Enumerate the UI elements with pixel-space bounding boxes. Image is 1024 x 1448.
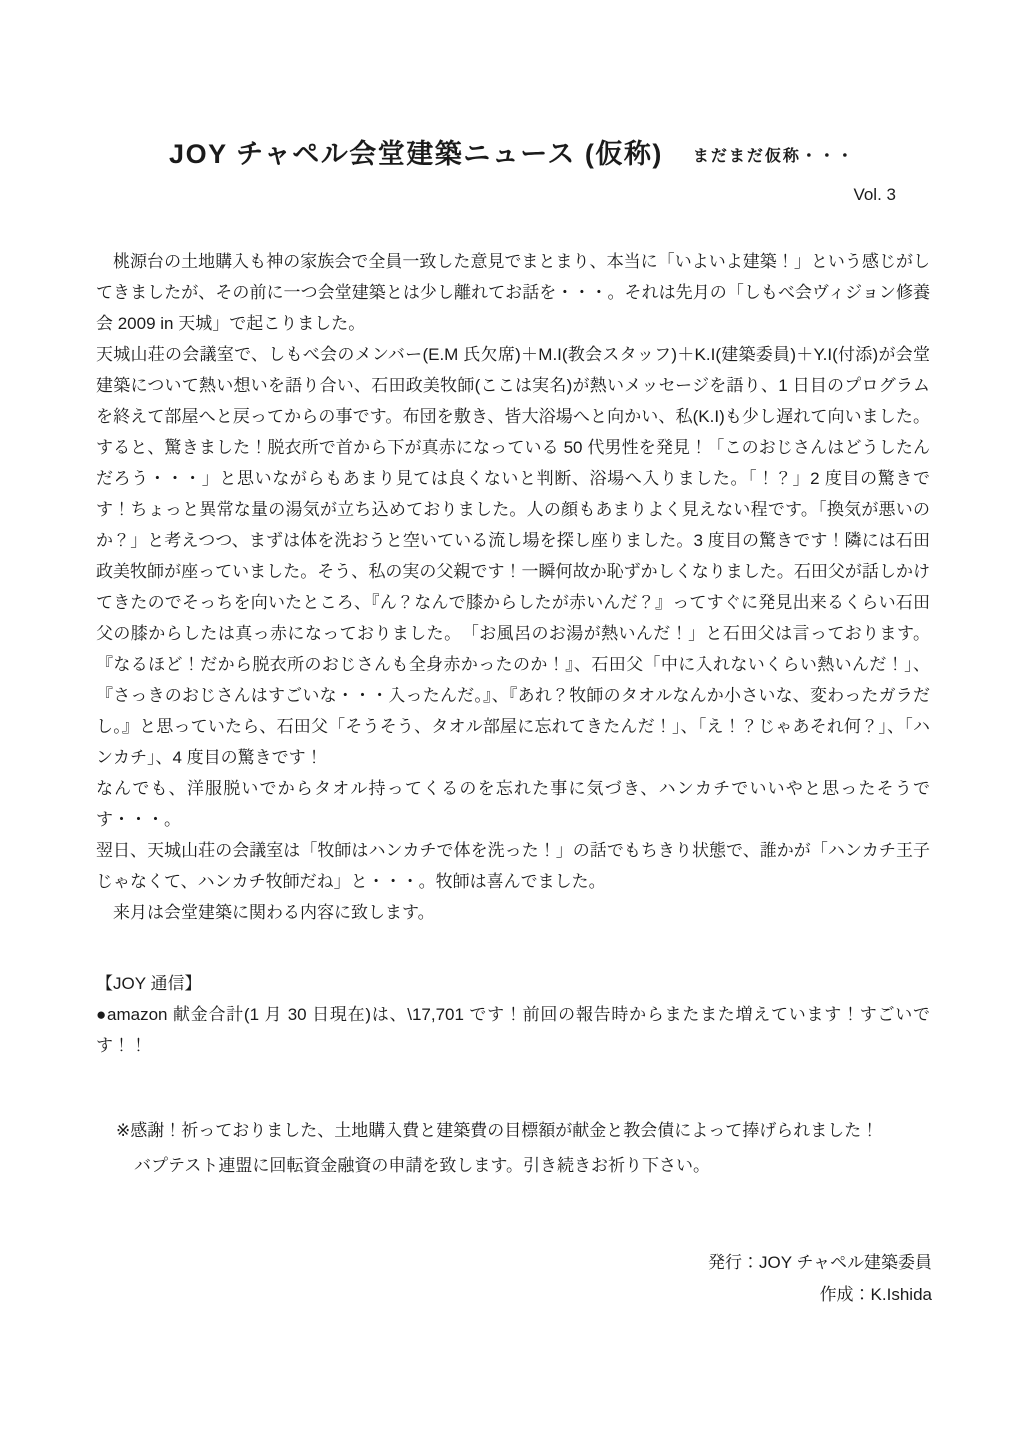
newsletter-footer: 発行：JOY チャペル建築委員 作成：K.Ishida [0,1247,1024,1311]
joy-news-section: 【JOY 通信】 ●amazon 献金合計(1 月 30 日現在)は、\17,7… [96,968,930,1061]
thanks-note-line-2: バプテスト連盟に回転資金融資の申請を致します。引き続きお祈り下さい。 [116,1148,930,1183]
body-paragraph-story: 天城山荘の会議室で、しもべ会のメンバー(E.M 氏欠席)＋M.I(教会スタッフ)… [96,339,930,773]
newsletter-page: JOY チャペル会堂建築ニュース (仮称)まだまだ仮称・・・ Vol. 3 桃源… [0,0,1024,1448]
joy-donation-report: ●amazon 献金合計(1 月 30 日現在)は、\17,701 です！前回の… [96,999,930,1061]
page-title: JOY チャペル会堂建築ニュース (仮称) [169,139,663,169]
title-subnote: まだまだ仮称・・・ [693,143,855,166]
joy-section-heading: 【JOY 通信】 [96,968,930,999]
body-paragraph-closing: 来月は会堂建築に関わる内容に致します。 [96,897,930,928]
volume-label: Vol. 3 [0,185,1024,205]
newsletter-header: JOY チャペル会堂建築ニュース (仮称)まだまだ仮称・・・ [0,0,1024,171]
author-line: 作成：K.Ishida [0,1279,932,1311]
body-paragraph-explanation: なんでも、洋服脱いでからタオル持ってくるのを忘れた事に気づき、ハンカチでいいやと… [96,773,930,835]
thanks-note-section: ※感謝！祈っておりました、土地購入費と建築費の目標額が献金と教会債によって捧げら… [116,1113,930,1183]
body-paragraph-intro: 桃源台の土地購入も神の家族会で全員一致した意見でまとまり、本当に「いよいよ建築！… [96,246,930,339]
publisher-line: 発行：JOY チャペル建築委員 [0,1247,932,1279]
thanks-note-line-1: ※感謝！祈っておりました、土地購入費と建築費の目標額が献金と教会債によって捧げら… [116,1113,930,1148]
newsletter-body: 桃源台の土地購入も神の家族会で全員一致した意見でまとまり、本当に「いよいよ建築！… [96,246,930,928]
body-paragraph-nextday: 翌日、天城山荘の会議室は「牧師はハンカチで体を洗った！」の話でもちきり状態で、誰… [96,835,930,897]
